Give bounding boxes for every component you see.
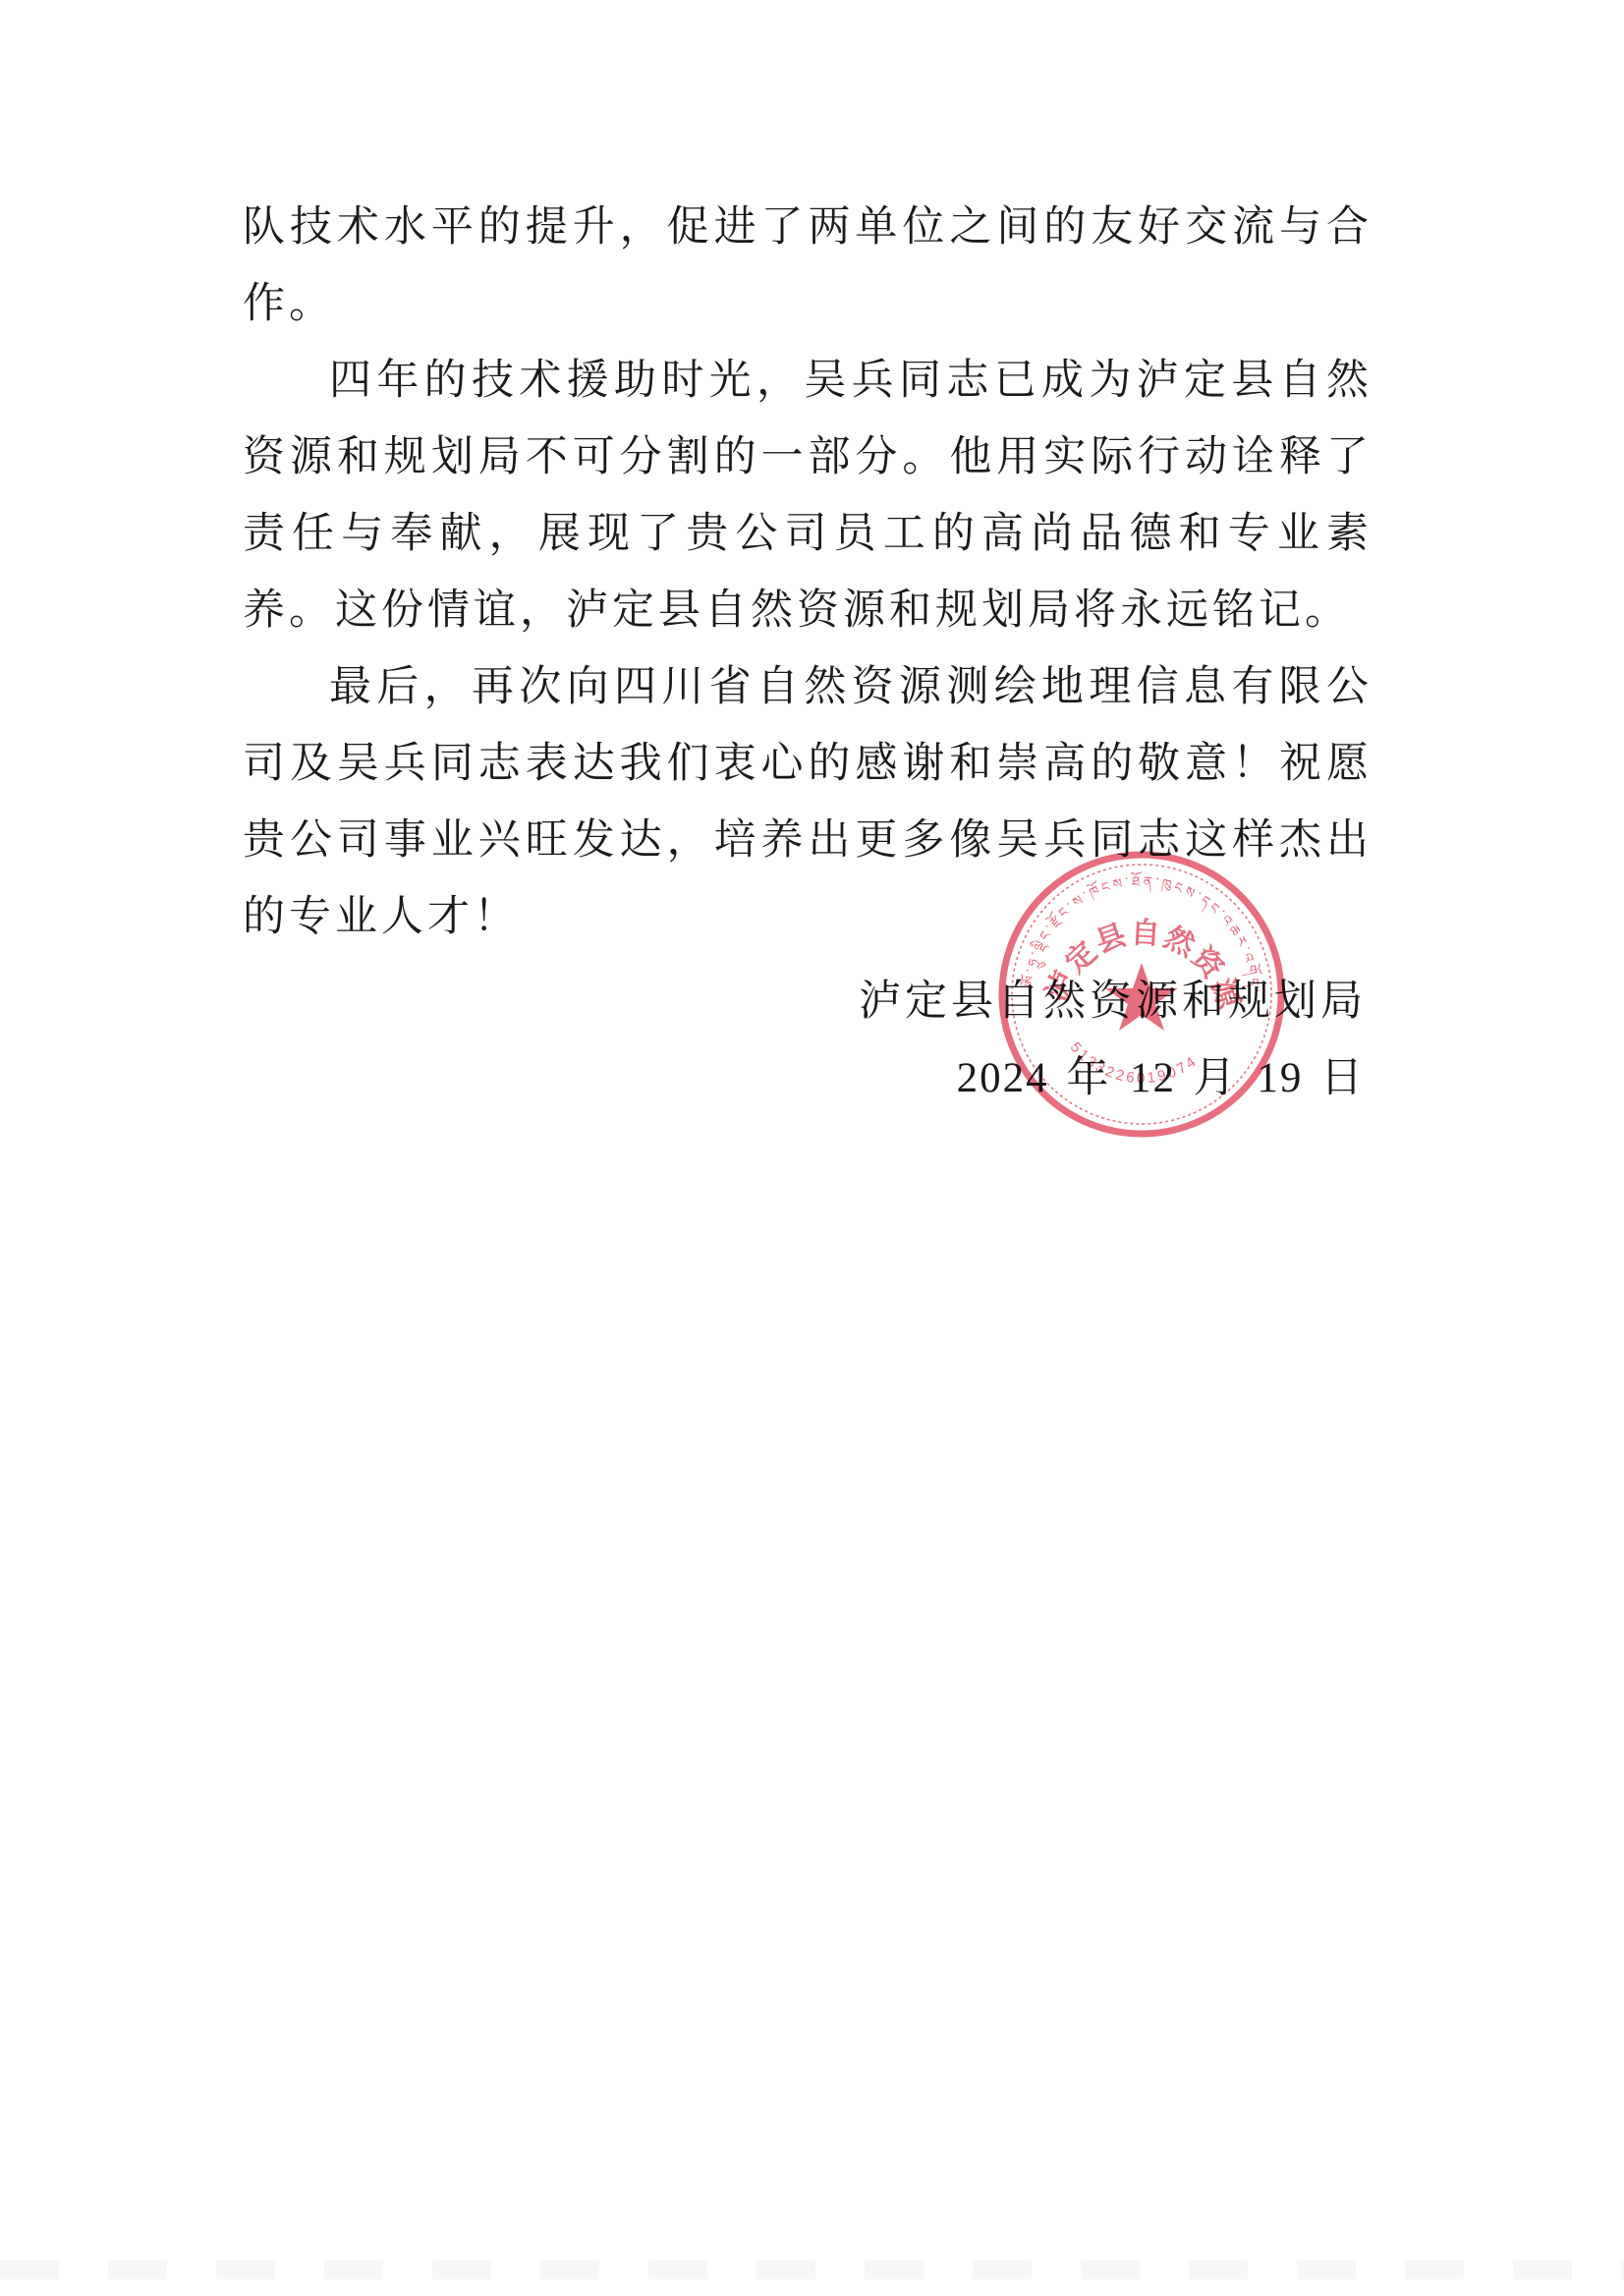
- paragraph-1: 队技术水平的提升，促进了两单位之间的友好交流与合作。: [243, 189, 1372, 342]
- date-day-unit: 日: [1320, 1053, 1367, 1102]
- official-seal-icon: ༀ་ཧྲུ་ལྡིང་རྫོང་ས་ཁོངས་ཐོན་ཁུངས་དང་འཆར་འ…: [994, 847, 1289, 1142]
- letter-body: 队技术水平的提升，促进了两单位之间的友好交流与合作。 四年的技术援助时光，吴兵同…: [243, 189, 1372, 955]
- paragraph-2: 四年的技术援助时光，吴兵同志已成为泸定县自然资源和规划局不可分割的一部分。他用实…: [243, 342, 1372, 648]
- svg-text:5133226019074: 5133226019074: [1067, 1039, 1202, 1088]
- scan-artifact: [0, 2260, 1624, 2279]
- document-page: 队技术水平的提升，促进了两单位之间的友好交流与合作。 四年的技术援助时光，吴兵同…: [0, 0, 1624, 2296]
